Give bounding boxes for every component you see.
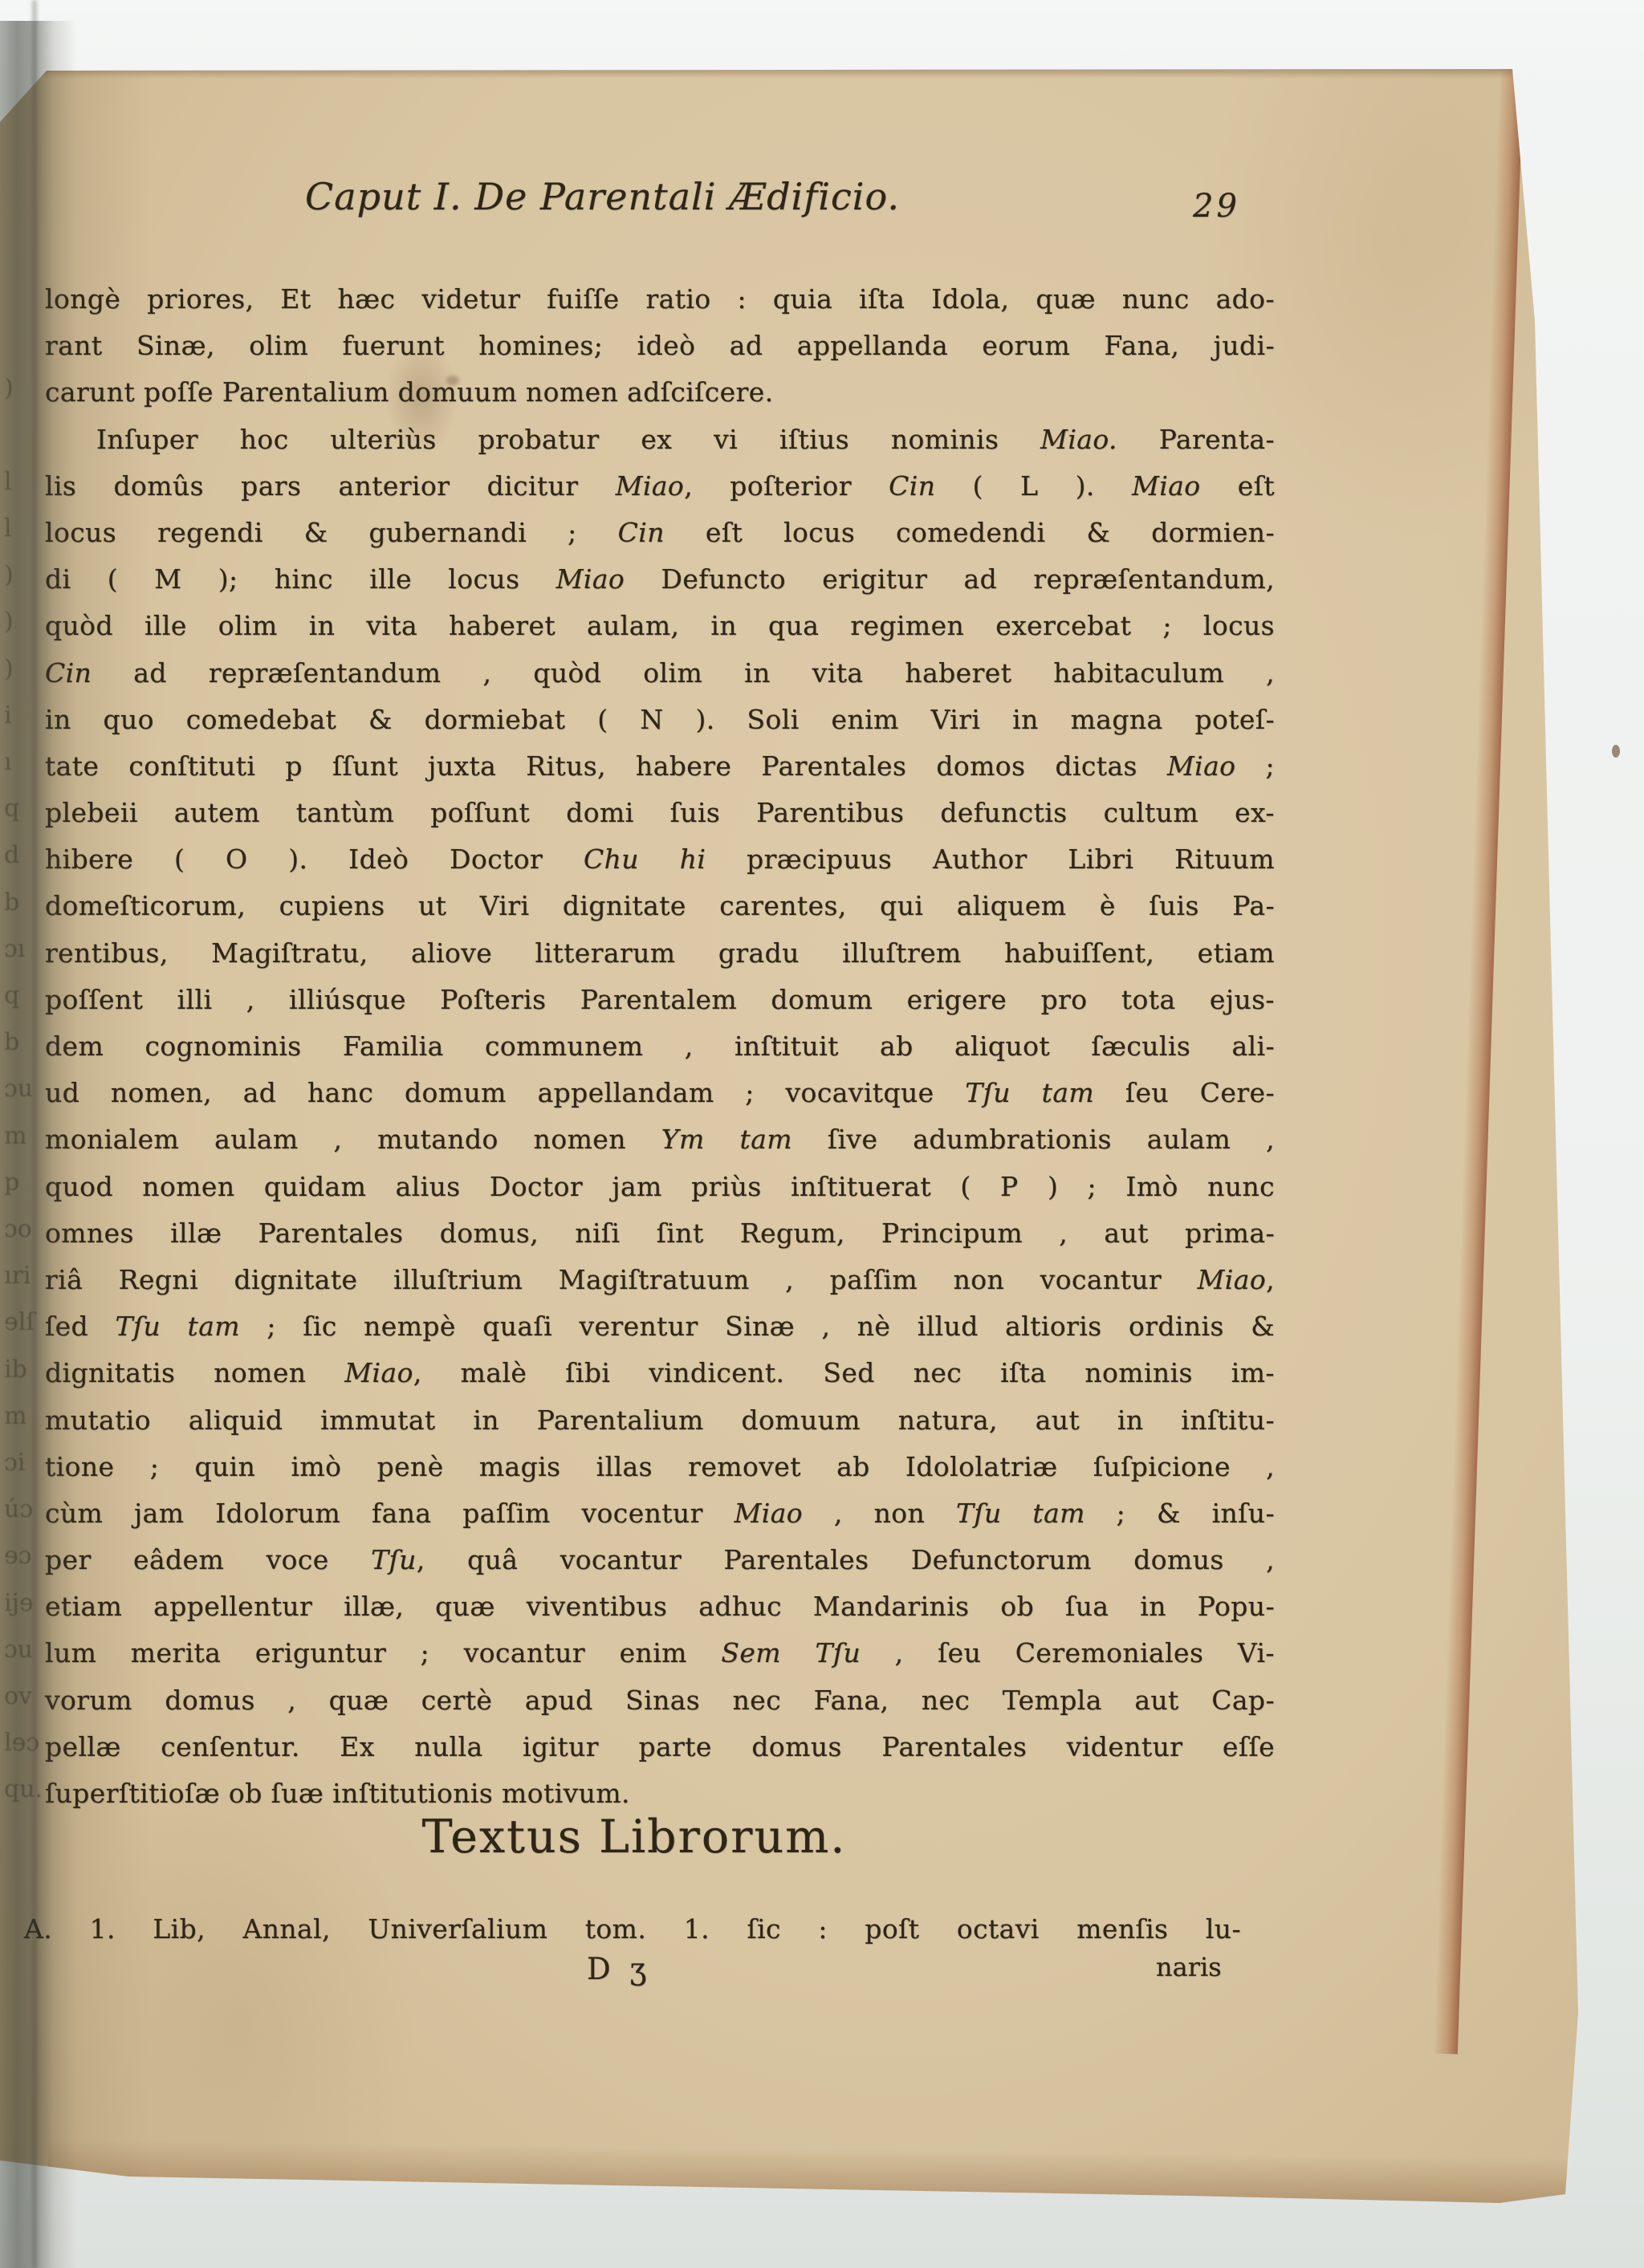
gutter-showthrough-fragment: d bbox=[4, 841, 44, 869]
gutter-showthrough-fragment: q bbox=[4, 795, 44, 823]
text-segment: ſuperſtitioſæ ob ſuæ inſtitutionis motiv… bbox=[45, 1778, 630, 1809]
text-segment: poſſent illi , illiúsque Poſteris Parent… bbox=[45, 984, 1275, 1015]
gutter-showthrough-fragment: ) bbox=[4, 608, 44, 636]
paper-right-edge bbox=[1434, 64, 1524, 2055]
text-line: plebeii autem tantùm poſſunt domi ſuis P… bbox=[45, 790, 1275, 836]
gutter-showthrough-fragment: ɔu bbox=[4, 1075, 44, 1103]
text-segment: in quo comedebat & dormiebat ( N ). Soli… bbox=[45, 704, 1275, 735]
text-segment: dem cognominis Familia communem , inſtit… bbox=[45, 1030, 1275, 1062]
text-segment: ; bbox=[1235, 750, 1275, 782]
text-segment: ud nomen, ad hanc domum appellandam ; vo… bbox=[45, 1077, 965, 1108]
gutter-showthrough-fragment: l bbox=[4, 468, 44, 496]
gutter-showthrough-fragment: ı bbox=[4, 748, 44, 776]
reference-line: A. 1. Lib, Annal, Univerſalium tom. 1. ſ… bbox=[24, 1908, 1241, 1950]
text-line: cùm jam Idolorum fana paſſim vocentur Mi… bbox=[45, 1490, 1275, 1537]
text-line: tate conſtituti p ſſunt juxta Ritus, hab… bbox=[45, 743, 1275, 790]
text-segment: etiam appellentur illæ, quæ viventibus a… bbox=[45, 1591, 1275, 1622]
gutter-showthrough-fragment: q bbox=[4, 982, 44, 1010]
italic-term: Cin bbox=[889, 470, 935, 502]
text-segment: , ſeu Ceremoniales Vi- bbox=[861, 1637, 1275, 1668]
text-line: lis domûs pars anterior dicitur Miao, po… bbox=[45, 463, 1275, 510]
text-segment: omnes illæ Parentales domus, niſi ſint R… bbox=[45, 1217, 1275, 1249]
text-line: ſed Tſu tam ; ſic nempè quaſi verentur S… bbox=[45, 1303, 1275, 1350]
italic-term: Sem Tſu bbox=[721, 1637, 861, 1668]
italic-term: Miao bbox=[1132, 470, 1201, 502]
text-line: Cin ad repræſentandum , quòd olim in vit… bbox=[45, 650, 1275, 697]
gutter-showthrough-fragment: ) bbox=[4, 561, 44, 589]
text-segment: per eâdem voce bbox=[45, 1544, 371, 1575]
text-segment: Parenta- bbox=[1117, 424, 1275, 455]
gutter-showthrough-fragment: ɘlſ bbox=[4, 1308, 44, 1336]
text-line: rant Sinæ, olim fuerunt homines; ideò ad… bbox=[45, 323, 1275, 369]
gutter-showthrough-fragment: i bbox=[4, 701, 44, 730]
italic-term: Miao bbox=[556, 563, 625, 595]
paper-top-edge bbox=[0, 67, 1525, 79]
text-segment: tate conſtituti p ſſunt juxta Ritus, hab… bbox=[45, 750, 1167, 782]
text-segment: ſed bbox=[45, 1311, 115, 1342]
italic-term: Miao. bbox=[1040, 424, 1117, 455]
italic-term: Miao bbox=[1167, 750, 1236, 782]
text-segment: longè priores, Et hæc videtur fuiſſe rat… bbox=[45, 283, 1275, 315]
gutter-showthrough-fragment: ɔu bbox=[4, 1636, 44, 1664]
text-segment: dignitatis nomen bbox=[45, 1357, 344, 1388]
text-segment: ſeu Cere- bbox=[1094, 1077, 1275, 1108]
text-line: dem cognominis Familia communem , inſtit… bbox=[45, 1023, 1275, 1070]
text-segment: rant Sinæ, olim fuerunt homines; ideò ad… bbox=[45, 330, 1275, 361]
text-segment: ( L ). bbox=[935, 470, 1132, 502]
text-line: etiam appellentur illæ, quæ viventibus a… bbox=[45, 1583, 1275, 1630]
signature-mark: D ʒ bbox=[587, 1952, 651, 1986]
text-segment: cùm jam Idolorum fana paſſim vocentur bbox=[45, 1498, 735, 1529]
text-line: domeſticorum, cupiens ut Viri dignitate … bbox=[45, 883, 1275, 929]
text-segment: eſt bbox=[1201, 470, 1275, 502]
text-line: monialem aulam , mutando nomen Ym tam ſi… bbox=[45, 1116, 1275, 1163]
text-segment: , poſterior bbox=[684, 470, 889, 502]
ink-speck bbox=[1612, 745, 1620, 758]
text-segment: A. 1. Lib, Annal, Univerſalium tom. 1. ſ… bbox=[24, 1913, 1241, 1945]
text-segment: ſive adumbrationis aulam , bbox=[792, 1124, 1275, 1155]
gutter-showthrough-fragment: lɘɔ bbox=[4, 1729, 44, 1757]
text-line: ud nomen, ad hanc domum appellandam ; vo… bbox=[45, 1070, 1275, 1116]
text-segment: quod nomen quidam alius Doctor jam priùs… bbox=[45, 1171, 1275, 1202]
text-segment: riâ Regni dignitate illuſtrium Magiſtrat… bbox=[45, 1264, 1198, 1295]
book-page-scan: Caput I. De Parentali Ædificio. 29 longè… bbox=[0, 0, 1644, 2268]
text-line: carunt poſſe Parentalium domuum nomen ad… bbox=[45, 369, 1275, 416]
gutter-showthrough-fragment: úɔ bbox=[4, 1495, 44, 1523]
gutter-showthrough-fragment: ɔı bbox=[4, 935, 44, 963]
page-number: 29 bbox=[1193, 188, 1240, 225]
text-segment: lum merita eriguntur ; vocantur enim bbox=[45, 1637, 721, 1668]
text-segment: hibere ( O ). Ideò Doctor bbox=[45, 843, 584, 875]
text-segment: , bbox=[1266, 1264, 1275, 1295]
text-segment: Inſuper hoc ulteriùs probatur ex vi iſti… bbox=[96, 424, 1040, 455]
gutter-showthrough-fragment: l bbox=[4, 514, 44, 543]
gutter-showthrough-fragment: ɔo bbox=[4, 1215, 44, 1243]
gutter-showthrough-fragment: ɔi bbox=[4, 1449, 44, 1477]
gutter-showthrough-fragment: b bbox=[4, 1028, 44, 1056]
text-line: Inſuper hoc ulteriùs probatur ex vi iſti… bbox=[45, 417, 1275, 463]
text-segment: præcipuus Author Libri Rituum bbox=[706, 843, 1275, 875]
gutter-showthrough-fragment: ov bbox=[4, 1682, 44, 1710]
italic-term: Ym tam bbox=[661, 1124, 792, 1155]
text-line: quòd ille olim in vita haberet aulam, in… bbox=[45, 603, 1275, 649]
gutter-showthrough-fragment: b bbox=[4, 888, 44, 917]
italic-term: Cin bbox=[618, 517, 665, 548]
italic-term: Tſu tam bbox=[115, 1311, 240, 1342]
section-heading: Textus Librorum. bbox=[353, 1811, 915, 1864]
text-line: in quo comedebat & dormiebat ( N ). Soli… bbox=[45, 697, 1275, 743]
italic-term: Tſu tam bbox=[956, 1498, 1085, 1529]
gutter-showthrough-fragment: ib bbox=[4, 1356, 44, 1384]
paper-bottom-edge bbox=[47, 2140, 1638, 2218]
gutter-showthrough-fragment: ) bbox=[4, 374, 44, 402]
text-line: vorum domus , quæ certè apud Sinas nec F… bbox=[45, 1677, 1275, 1724]
text-segment: ; ſic nempè quaſi verentur Sinæ , nè ill… bbox=[240, 1311, 1275, 1342]
text-segment: di ( M ); hinc ille locus bbox=[45, 563, 556, 595]
text-segment: carunt poſſe Parentalium domuum nomen ad… bbox=[45, 376, 774, 408]
text-line: pellæ cenſentur. Ex nulla igitur parte d… bbox=[45, 1724, 1275, 1770]
text-line: hibere ( O ). Ideò Doctor Chu hi præcipu… bbox=[45, 836, 1275, 883]
text-line: tione ; quin imò penè magis illas remove… bbox=[45, 1444, 1275, 1490]
text-segment: plebeii autem tantùm poſſunt domi ſuis P… bbox=[45, 797, 1275, 828]
text-line: dignitatis nomen Miao, malè ſibi vindice… bbox=[45, 1350, 1275, 1396]
ink-speck bbox=[446, 376, 459, 385]
text-segment: eſt locus comedendi & dormien- bbox=[665, 517, 1275, 548]
text-segment: quòd ille olim in vita haberet aulam, in… bbox=[45, 610, 1275, 641]
italic-term: Miao bbox=[735, 1498, 804, 1529]
italic-term: Miao bbox=[1198, 1264, 1267, 1295]
gutter-showthrough-fragment: m bbox=[4, 1402, 44, 1430]
text-segment: pellæ cenſentur. Ex nulla igitur parte d… bbox=[45, 1731, 1275, 1762]
gutter-showthrough-fragment: ɘɔ bbox=[4, 1542, 44, 1570]
italic-term: Miao bbox=[616, 470, 685, 502]
text-line: omnes illæ Parentales domus, niſi ſint R… bbox=[45, 1210, 1275, 1257]
italic-term: Chu hi bbox=[584, 843, 706, 875]
text-line: per eâdem voce Tſu, quâ vocantur Parenta… bbox=[45, 1537, 1275, 1583]
italic-term: Miao bbox=[344, 1357, 413, 1388]
body-text-block: longè priores, Et hæc videtur fuiſſe rat… bbox=[45, 276, 1275, 1817]
text-line: rentibus, Magiſtratu, aliove litterarum … bbox=[45, 930, 1275, 977]
text-line: riâ Regni dignitate illuſtrium Magiſtrat… bbox=[45, 1257, 1275, 1303]
text-segment: ; & inſu- bbox=[1085, 1498, 1275, 1529]
text-segment: monialem aulam , mutando nomen bbox=[45, 1124, 661, 1155]
gutter-showthrough-fragment: m bbox=[4, 1122, 44, 1150]
text-segment: vorum domus , quæ certè apud Sinas nec F… bbox=[45, 1685, 1275, 1716]
gutter-showthrough-fragment: ijɘ bbox=[4, 1589, 44, 1617]
italic-term: Tſu bbox=[371, 1544, 417, 1575]
text-segment: lis domûs pars anterior dicitur bbox=[45, 470, 616, 502]
gutter-showthrough-fragment: p bbox=[4, 1169, 44, 1197]
running-head-title: Caput I. De Parentali Ædificio. bbox=[305, 175, 979, 218]
italic-term: Tſu tam bbox=[965, 1077, 1094, 1108]
text-segment: , quâ vocantur Parentales Defunctorum do… bbox=[417, 1544, 1275, 1575]
text-segment: ad repræſentandum , quòd olim in vita ha… bbox=[92, 657, 1275, 689]
text-segment: Defuncto erigitur ad repræſentandum, bbox=[625, 563, 1275, 595]
text-segment: , non bbox=[803, 1498, 956, 1529]
text-line: di ( M ); hinc ille locus Miao Defuncto … bbox=[45, 556, 1275, 603]
text-line: poſſent illi , illiúsque Poſteris Parent… bbox=[45, 977, 1275, 1023]
gutter-showthrough-fragment: ıri bbox=[4, 1262, 44, 1290]
text-line: locus regendi & gubernandi ; Cin eſt loc… bbox=[45, 510, 1275, 556]
catchword: naris bbox=[1156, 1952, 1222, 1982]
text-line: longè priores, Et hæc videtur fuiſſe rat… bbox=[45, 276, 1275, 323]
text-segment: tione ; quin imò penè magis illas remove… bbox=[45, 1451, 1275, 1482]
text-segment: mutatio aliquid immutat in Parentalium d… bbox=[45, 1404, 1275, 1436]
italic-term: Cin bbox=[45, 657, 92, 689]
text-line: lum merita eriguntur ; vocantur enim Sem… bbox=[45, 1630, 1275, 1677]
text-segment: , malè ſibi vindicent. Sed nec iſta nomi… bbox=[413, 1357, 1275, 1388]
text-segment: domeſticorum, cupiens ut Viri dignitate … bbox=[45, 890, 1275, 921]
text-segment: rentibus, Magiſtratu, aliove litterarum … bbox=[45, 937, 1275, 969]
text-line: mutatio aliquid immutat in Parentalium d… bbox=[45, 1397, 1275, 1444]
text-line: quod nomen quidam alius Doctor jam priùs… bbox=[45, 1164, 1275, 1210]
gutter-showthrough-fragment: ) bbox=[4, 655, 44, 683]
text-segment: locus regendi & gubernandi ; bbox=[45, 517, 618, 548]
gutter-showthrough-fragment: qu. bbox=[4, 1775, 44, 1803]
